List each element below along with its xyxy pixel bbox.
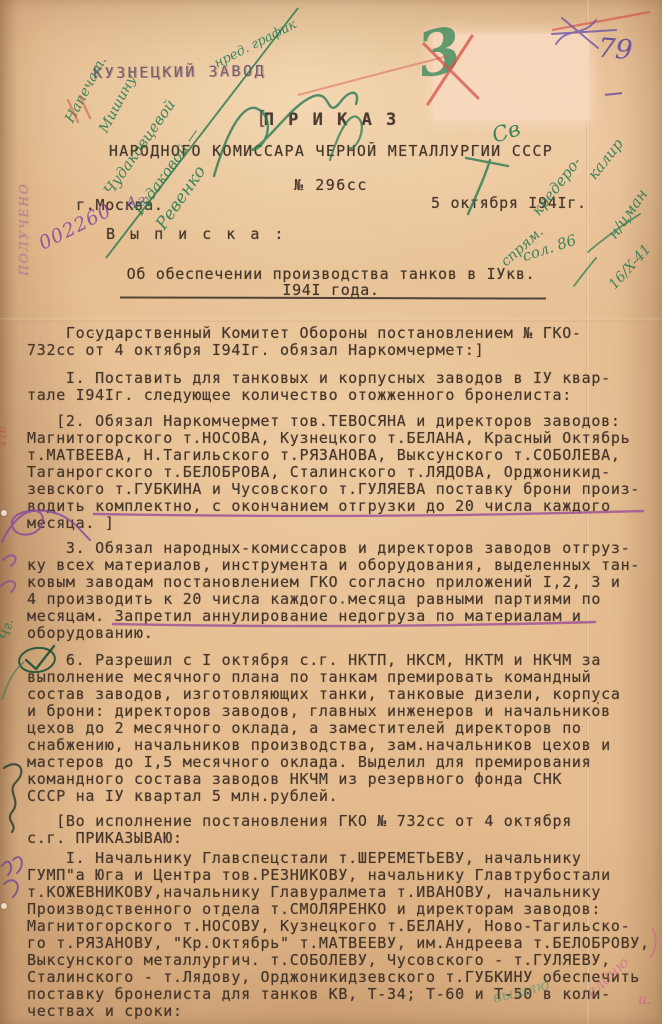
green-stroke [2, 662, 24, 700]
paragraph-item-6: 6. Разрешил с I октября с.г. НКТП, НКСМ,… [27, 652, 621, 805]
paragraph-order-1: I. Начальнику Главспецстали т.ШЕРЕМЕТЬЕВ… [27, 850, 650, 1020]
paragraph-item-3: 3. Обязал народных-комиссаров и директор… [27, 540, 640, 642]
margin-scribble-dark [4, 764, 21, 832]
date-label: 5 октября I94Iг. [431, 195, 587, 212]
organization-stamp: КУЗНЕЦКИЙ ЗАВОД [93, 63, 266, 82]
margin-scribble-purple [2, 857, 22, 897]
bottom-pink-initial: и. [638, 992, 651, 1008]
subject-underline [120, 296, 546, 299]
paragraph-item-2: [2. Обязал Наркомчермет тов.ТЕВОСЯНА и д… [27, 413, 640, 532]
margin-scribble-purple [1, 555, 16, 592]
big-digit-3: 3 [412, 13, 467, 92]
paragraph-order-lead: [Во исполнение постановления ГКО № 732сс… [27, 813, 572, 847]
signature-scribble [214, 93, 357, 176]
page-number: 79 [597, 33, 633, 66]
paper-hole [1, 903, 7, 909]
paragraph-item-1: I. Поставить для танковых и корпусных за… [27, 370, 611, 404]
pink-stroke [650, 928, 656, 958]
vertical-margin-note: Чг. [0, 618, 17, 641]
red-edge-number: 416 [0, 426, 9, 447]
received-stamp: ПОЛУЧЕНО [17, 169, 31, 289]
margin-note: н/цман [604, 186, 651, 243]
paragraph-preamble: Государственный Комитет Обороны постанов… [27, 325, 582, 359]
page-number-dash [605, 92, 622, 96]
horizontal-crease [0, 318, 662, 322]
paper-hole [1, 510, 7, 516]
extract-label: В ы п и с к а : [106, 226, 286, 243]
scanned-order-page: КУЗНЕЦКИЙ ЗАВОД [ П Р И К А З НАРОДНОГО … [0, 0, 662, 1024]
issuer-line: НАРОДНОГО КОМИССАРА ЧЕРНОЙ МЕТАЛЛУРГИИ С… [0, 143, 662, 160]
red-stroke [552, 12, 650, 30]
